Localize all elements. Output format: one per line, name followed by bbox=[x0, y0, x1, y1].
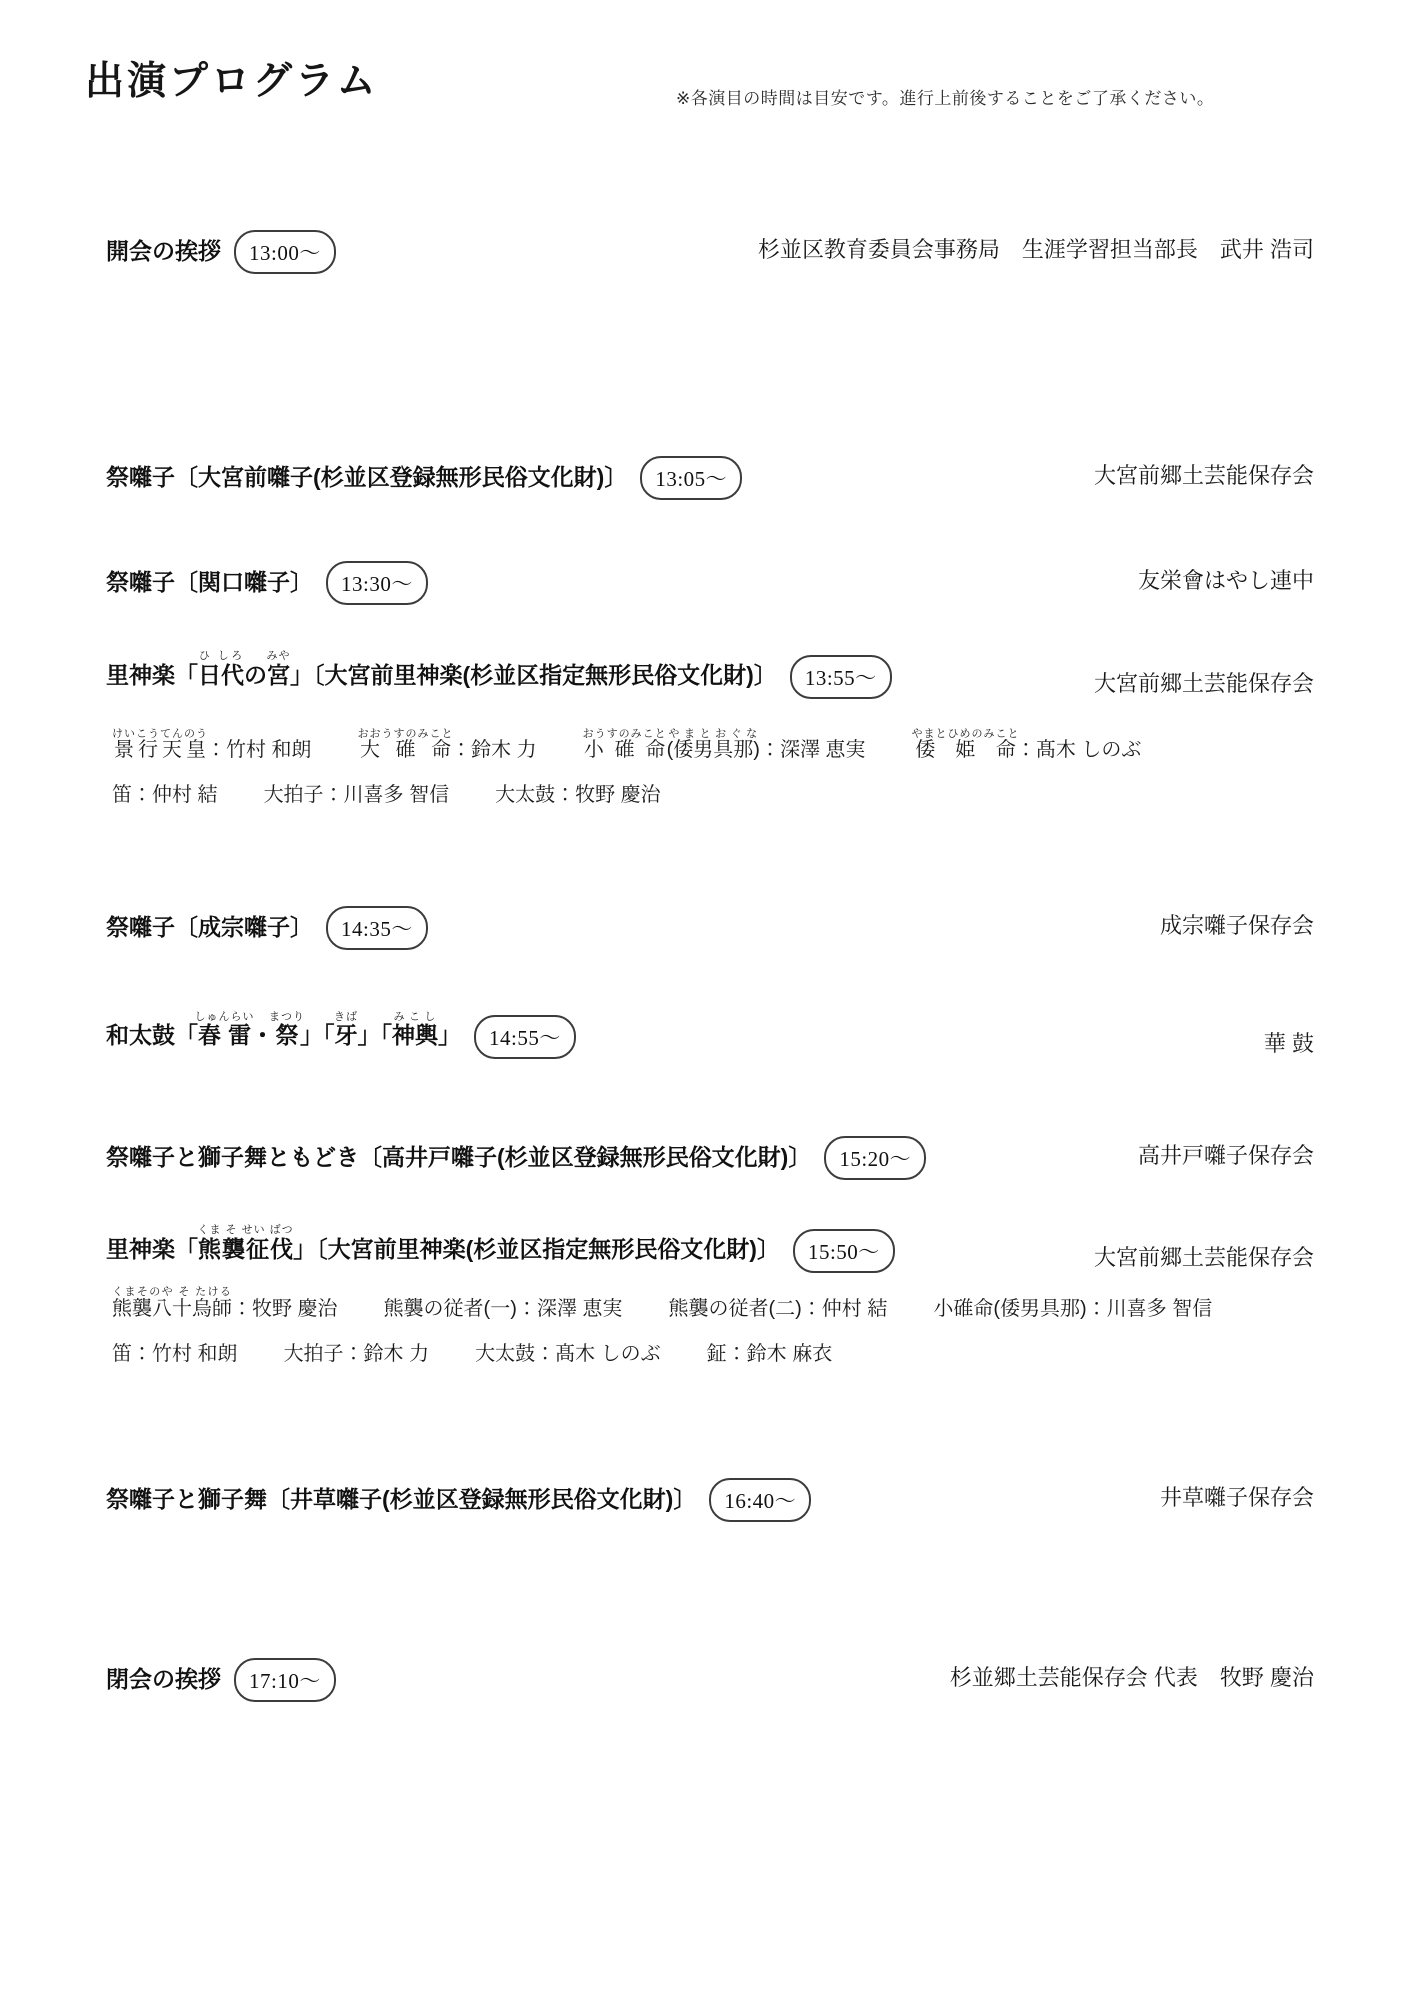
ruby-annotated-text: 春雷しゅんらい bbox=[198, 1022, 251, 1048]
program-row: 祭囃子と獅子舞ともどき〔高井戸囃子(杉並区登録無形民俗文化財)〕15:20〜高井… bbox=[106, 1136, 1314, 1180]
program-title-line: 祭囃子と獅子舞ともどき〔高井戸囃子(杉並区登録無形民俗文化財)〕15:20〜 bbox=[106, 1136, 1314, 1180]
time-badge: 14:35〜 bbox=[326, 906, 428, 950]
performer-name: 華 鼓 bbox=[1264, 1027, 1314, 1058]
ruby-annotated-text: 宮みや bbox=[267, 662, 290, 688]
ruby-annotated-text: 祭まつり bbox=[274, 1022, 300, 1048]
ruby-annotated-text: 神輿みこし bbox=[392, 1022, 438, 1048]
time-badge: 15:20〜 bbox=[824, 1136, 926, 1180]
furigana: けいこうてんのう bbox=[112, 728, 208, 740]
time-text: 14:55〜 bbox=[489, 1022, 561, 1052]
furigana: まつり bbox=[269, 1011, 305, 1023]
credit-item: 熊襲の従者(二)：仲村 結 bbox=[668, 1297, 887, 1322]
time-badge: 14:55〜 bbox=[474, 1015, 576, 1059]
ruby-annotated-text: 倭 姫 命やまとひめのみこと bbox=[912, 739, 1016, 761]
ruby-annotated-text: 熊襲征伐くま そ せい ばつ bbox=[198, 1236, 293, 1262]
ruby-annotated-text: 熊襲八十烏師くまそのや そ たける bbox=[112, 1298, 232, 1320]
time-badge: 13:55〜 bbox=[790, 655, 892, 699]
program-title: 閉会の挨拶 bbox=[106, 1666, 221, 1694]
ruby-annotated-text: 日代ひ しろ bbox=[198, 662, 244, 688]
furigana: ひ しろ bbox=[198, 650, 244, 662]
program-row: 閉会の挨拶17:10〜杉並郷土芸能保存会 代表 牧野 慶治 bbox=[106, 1658, 1314, 1702]
program-credits: 熊襲八十烏師くまそのや そ たける：牧野 慶治熊襲の従者(一)：深澤 恵実熊襲の… bbox=[112, 1286, 1314, 1367]
page-title: 出演プログラム bbox=[85, 50, 379, 106]
program-title: 祭囃子と獅子舞ともどき〔高井戸囃子(杉並区登録無形民俗文化財)〕 bbox=[106, 1144, 811, 1172]
credit-item: 景行天皇けいこうてんのう：竹村 和朗 bbox=[112, 728, 312, 763]
time-text: 13:05〜 bbox=[655, 463, 727, 493]
time-text: 16:40〜 bbox=[724, 1485, 796, 1515]
furigana: おうすのみこと bbox=[583, 728, 667, 740]
performer-name: 杉並区教育委員会事務局 生涯学習担当部長 武井 浩司 bbox=[758, 233, 1314, 264]
credit-item: 大拍子：川喜多 智信 bbox=[264, 783, 450, 808]
performer-name: 友栄會はやし連中 bbox=[1138, 564, 1314, 595]
program-row: 祭囃子〔関口囃子〕13:30〜友栄會はやし連中 bbox=[106, 561, 1314, 605]
credits-line: 笛：仲村 結大拍子：川喜多 智信大太鼓：牧野 慶治 bbox=[112, 783, 1314, 808]
program-page: 出演プログラム ※各演目の時間は目安です。進行上前後することをご了承ください。 … bbox=[0, 0, 1414, 2000]
ruby-annotated-text: 大 碓 命おおうすのみこと bbox=[358, 739, 452, 761]
credit-item: 大太鼓：髙木 しのぶ bbox=[475, 1342, 661, 1367]
credit-item: 小碓命(倭男具那)：川喜多 智信 bbox=[933, 1297, 1212, 1322]
credit-item: 熊襲八十烏師くまそのや そ たける：牧野 慶治 bbox=[112, 1286, 338, 1322]
program-title: 祭囃子〔関口囃子〕 bbox=[106, 569, 313, 597]
performer-name: 井草囃子保存会 bbox=[1160, 1481, 1314, 1512]
performer-name: 高井戸囃子保存会 bbox=[1138, 1139, 1314, 1170]
program-row: 祭囃子〔大宮前囃子(杉並区登録無形民俗文化財)〕13:05〜大宮前郷土芸能保存会 bbox=[106, 456, 1314, 500]
credits-line: 笛：竹村 和朗大拍子：鈴木 力大太鼓：髙木 しのぶ鉦：鈴木 麻衣 bbox=[112, 1342, 1314, 1367]
time-badge: 13:05〜 bbox=[640, 456, 742, 500]
performer-name: 大宮前郷土芸能保存会 bbox=[1094, 459, 1314, 490]
ruby-annotated-text: (倭男具那)やまとおぐな bbox=[667, 739, 760, 761]
credit-item: 小 碓 命おうすのみこと(倭男具那)やまとおぐな：深澤 恵実 bbox=[583, 728, 866, 763]
program-title-line: 祭囃子〔成宗囃子〕14:35〜 bbox=[106, 906, 1314, 950]
program-row: 和太鼓「春雷しゅんらい・祭まつり」「牙きば」「神輿みこし」14:55〜華 鼓 bbox=[106, 1008, 1314, 1052]
credit-item: 笛：竹村 和朗 bbox=[112, 1342, 238, 1367]
program-row: 祭囃子と獅子舞〔井草囃子(杉並区登録無形民俗文化財)〕16:40〜井草囃子保存会 bbox=[106, 1478, 1314, 1522]
time-text: 17:10〜 bbox=[249, 1665, 321, 1695]
ruby-annotated-text: 牙きば bbox=[335, 1022, 358, 1048]
performer-name: 杉並郷土芸能保存会 代表 牧野 慶治 bbox=[950, 1661, 1314, 1692]
program-credits: 景行天皇けいこうてんのう：竹村 和朗大 碓 命おおうすのみこと：鈴木 力小 碓 … bbox=[112, 728, 1314, 808]
furigana: くま そ せい ばつ bbox=[197, 1224, 293, 1236]
time-badge: 17:10〜 bbox=[234, 1658, 336, 1702]
program-title: 和太鼓「春雷しゅんらい・祭まつり」「牙きば」「神輿みこし」 bbox=[106, 1011, 461, 1050]
time-text: 13:55〜 bbox=[805, 662, 877, 692]
furigana: みこし bbox=[392, 1011, 438, 1023]
credit-item: 熊襲の従者(一)：深澤 恵実 bbox=[384, 1297, 623, 1322]
furigana: きば bbox=[334, 1011, 358, 1023]
program-title: 祭囃子と獅子舞〔井草囃子(杉並区登録無形民俗文化財)〕 bbox=[106, 1486, 696, 1514]
furigana: やまとひめのみこと bbox=[912, 728, 1020, 740]
program-title: 祭囃子〔大宮前囃子(杉並区登録無形民俗文化財)〕 bbox=[106, 464, 627, 492]
furigana: みや bbox=[267, 650, 291, 662]
program-title: 里神楽「熊襲征伐くま そ せい ばつ」〔大宮前里神楽(杉並区指定無形民俗文化財)… bbox=[106, 1224, 780, 1264]
credit-item: 笛：仲村 結 bbox=[112, 783, 218, 808]
credits-line: 熊襲八十烏師くまそのや そ たける：牧野 慶治熊襲の従者(一)：深澤 恵実熊襲の… bbox=[112, 1286, 1314, 1322]
program-title-line: 祭囃子と獅子舞〔井草囃子(杉並区登録無形民俗文化財)〕16:40〜 bbox=[106, 1478, 1314, 1522]
time-badge: 15:50〜 bbox=[793, 1229, 895, 1273]
credit-item: 倭 姫 命やまとひめのみこと：髙木 しのぶ bbox=[912, 728, 1142, 763]
time-badge: 13:00〜 bbox=[234, 230, 336, 274]
furigana: しゅんらい bbox=[195, 1011, 255, 1023]
ruby-annotated-text: 小 碓 命おうすのみこと bbox=[583, 739, 667, 761]
furigana: くまそのや そ たける bbox=[112, 1286, 232, 1298]
furigana: やまとおぐな bbox=[667, 728, 760, 740]
time-text: 15:50〜 bbox=[808, 1236, 880, 1266]
time-badge: 13:30〜 bbox=[326, 561, 428, 605]
program-row: 祭囃子〔成宗囃子〕14:35〜成宗囃子保存会 bbox=[106, 906, 1314, 950]
performer-name: 成宗囃子保存会 bbox=[1160, 909, 1314, 940]
program-row: 里神楽「日代ひ しろの宮みや」〔大宮前里神楽(杉並区指定無形民俗文化財)〕13:… bbox=[106, 648, 1314, 692]
credits-line: 景行天皇けいこうてんのう：竹村 和朗大 碓 命おおうすのみこと：鈴木 力小 碓 … bbox=[112, 728, 1314, 763]
program-row: 里神楽「熊襲征伐くま そ せい ばつ」〔大宮前里神楽(杉並区指定無形民俗文化財)… bbox=[106, 1222, 1314, 1266]
time-text: 14:35〜 bbox=[341, 913, 413, 943]
furigana: おおうすのみこと bbox=[358, 728, 454, 740]
time-badge: 16:40〜 bbox=[709, 1478, 811, 1522]
performer-name: 大宮前郷土芸能保存会 bbox=[1094, 1241, 1314, 1272]
time-text: 13:30〜 bbox=[341, 568, 413, 598]
ruby-annotated-text: 景行天皇けいこうてんのう bbox=[112, 739, 206, 761]
program-title: 開会の挨拶 bbox=[106, 238, 221, 266]
program-title-line: 和太鼓「春雷しゅんらい・祭まつり」「牙きば」「神輿みこし」14:55〜 bbox=[106, 1008, 1314, 1052]
credit-item: 大拍子：鈴木 力 bbox=[284, 1342, 430, 1367]
credit-item: 鉦：鈴木 麻衣 bbox=[707, 1342, 833, 1367]
credit-item: 大 碓 命おおうすのみこと：鈴木 力 bbox=[358, 728, 537, 763]
credit-item: 大太鼓：牧野 慶治 bbox=[495, 783, 661, 808]
program-row: 開会の挨拶13:00〜杉並区教育委員会事務局 生涯学習担当部長 武井 浩司 bbox=[106, 230, 1314, 274]
program-title: 祭囃子〔成宗囃子〕 bbox=[106, 914, 313, 942]
time-text: 13:00〜 bbox=[249, 237, 321, 267]
schedule-note: ※各演目の時間は目安です。進行上前後することをご了承ください。 bbox=[676, 84, 1214, 109]
program-title: 里神楽「日代ひ しろの宮みや」〔大宮前里神楽(杉並区指定無形民俗文化財)〕 bbox=[106, 650, 777, 690]
program-title-line: 祭囃子〔関口囃子〕13:30〜 bbox=[106, 561, 1314, 605]
time-text: 15:20〜 bbox=[839, 1143, 911, 1173]
performer-name: 大宮前郷土芸能保存会 bbox=[1094, 667, 1314, 698]
